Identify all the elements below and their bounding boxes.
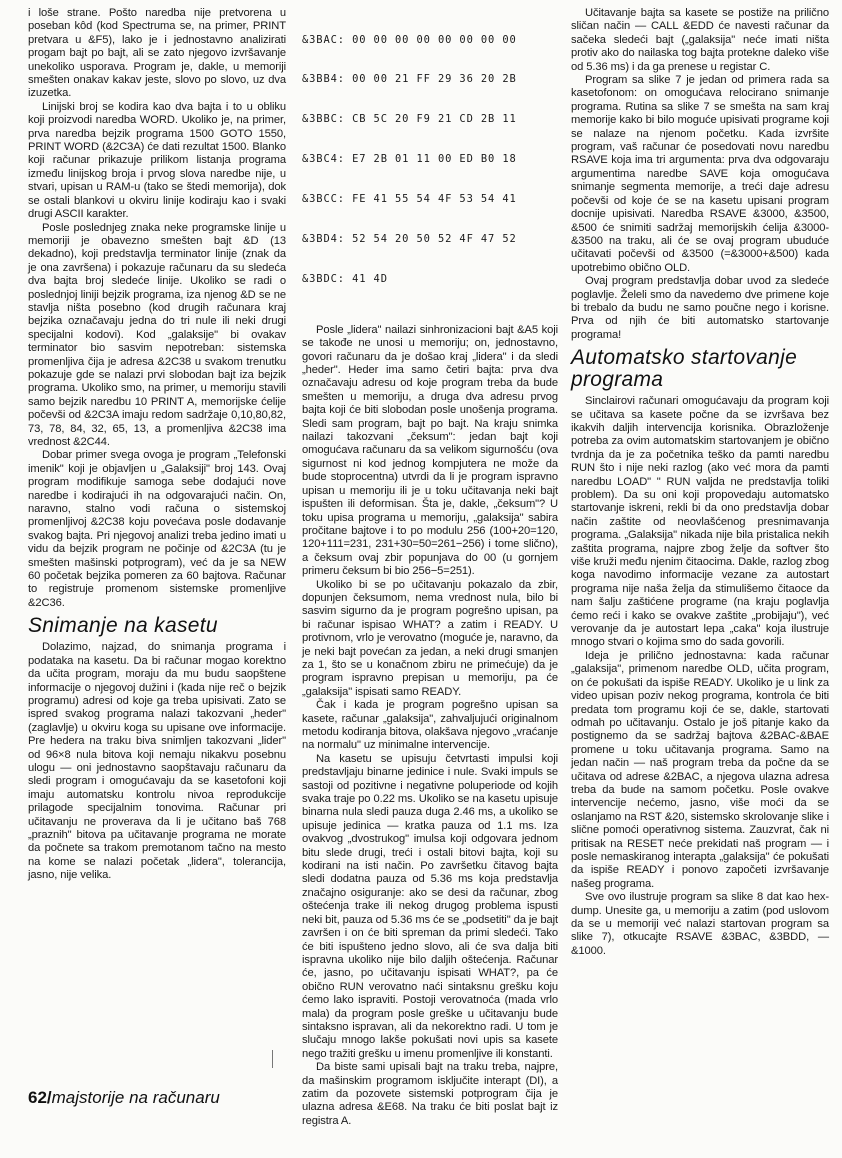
column-divider-mark <box>272 1050 273 1068</box>
hex-bytes: 00 00 00 00 00 00 00 00 <box>352 34 517 46</box>
hex-row: &3BDC: 41 4D <box>302 273 558 286</box>
paragraph: Na kasetu se upisuju četvrtasti impulsi … <box>302 753 558 1061</box>
hex-address: &3BD4: <box>302 233 345 245</box>
hex-bytes: 00 00 21 FF 29 36 20 2B <box>352 73 517 85</box>
hex-row: &3BD4: 52 54 20 50 52 4F 47 52 <box>302 233 558 246</box>
paragraph: Dobar primer svega ovoga je program „Tel… <box>28 449 286 610</box>
hex-row: &3BAC: 00 00 00 00 00 00 00 00 <box>302 34 558 47</box>
paragraph: Posle poslednjeg znaka neke programske l… <box>28 222 286 450</box>
page-footer: 62/majstorije na računaru <box>28 1088 220 1108</box>
right-column: Učitavanje bajta sa kasete se postiže na… <box>571 7 829 958</box>
paragraph: i loše strane. Pošto naredba nije pretvo… <box>28 7 286 101</box>
paragraph: Linijski broj se kodira kao dva bajta i … <box>28 101 286 222</box>
paragraph: Dolazimo, najzad, do snimanja programa i… <box>28 641 286 882</box>
hex-row: &3BC4: E7 2B 01 11 00 ED B0 18 <box>302 153 558 166</box>
hex-row: &3BBC: CB 5C 20 F9 21 CD 2B 11 <box>302 113 558 126</box>
paragraph: Sinclairovi računari omogućavaju da prog… <box>571 395 829 650</box>
hex-address: &3BDC: <box>302 273 345 285</box>
section-heading-snimanje: Snimanje na kasetu <box>28 615 286 637</box>
hex-row: &3BB4: 00 00 21 FF 29 36 20 2B <box>302 73 558 86</box>
paragraph: Sve ovo ilustruje program sa slike 8 dat… <box>571 891 829 958</box>
hex-row: &3BCC: FE 41 55 54 4F 53 54 41 <box>302 193 558 206</box>
paragraph: Da biste sami upisali bajt na traku treb… <box>302 1061 558 1128</box>
page-number: 62/ <box>28 1088 52 1107</box>
hex-dump-listing: &3BAC: 00 00 00 00 00 00 00 00 &3BB4: 00… <box>302 7 558 313</box>
hex-address: &3BC4: <box>302 153 345 165</box>
hex-bytes: 41 4D <box>352 273 388 285</box>
hex-address: &3BBC: <box>302 113 345 125</box>
hex-bytes: FE 41 55 54 4F 53 54 41 <box>352 193 517 205</box>
paragraph: Ukoliko bi se po učitavanju pokazalo da … <box>302 579 558 700</box>
hex-bytes: 52 54 20 50 52 4F 47 52 <box>352 233 517 245</box>
hex-address: &3BCC: <box>302 193 345 205</box>
middle-column: &3BAC: 00 00 00 00 00 00 00 00 &3BB4: 00… <box>302 7 558 1128</box>
paragraph: Učitavanje bajta sa kasete se postiže na… <box>571 7 829 74</box>
left-column: i loše strane. Pošto naredba nije pretvo… <box>28 7 286 883</box>
running-title: majstorije na računaru <box>52 1088 220 1107</box>
paragraph: Čak i kada je program pogrešno upisan sa… <box>302 699 558 753</box>
hex-bytes: E7 2B 01 11 00 ED B0 18 <box>352 153 517 165</box>
paragraph: Ideja je prilično jednostavna: kada raču… <box>571 650 829 891</box>
paragraph: Ovaj program predstavlja dobar uvod za s… <box>571 275 829 342</box>
hex-address: &3BAC: <box>302 34 345 46</box>
paragraph: Posle „lidera" nailazi sinhronizacioni b… <box>302 324 558 579</box>
hex-bytes: CB 5C 20 F9 21 CD 2B 11 <box>352 113 517 125</box>
hex-address: &3BB4: <box>302 73 345 85</box>
section-heading-automatsko: Automatsko startovanje programa <box>571 347 829 391</box>
paragraph: Program sa slike 7 je jedan od primera r… <box>571 74 829 275</box>
